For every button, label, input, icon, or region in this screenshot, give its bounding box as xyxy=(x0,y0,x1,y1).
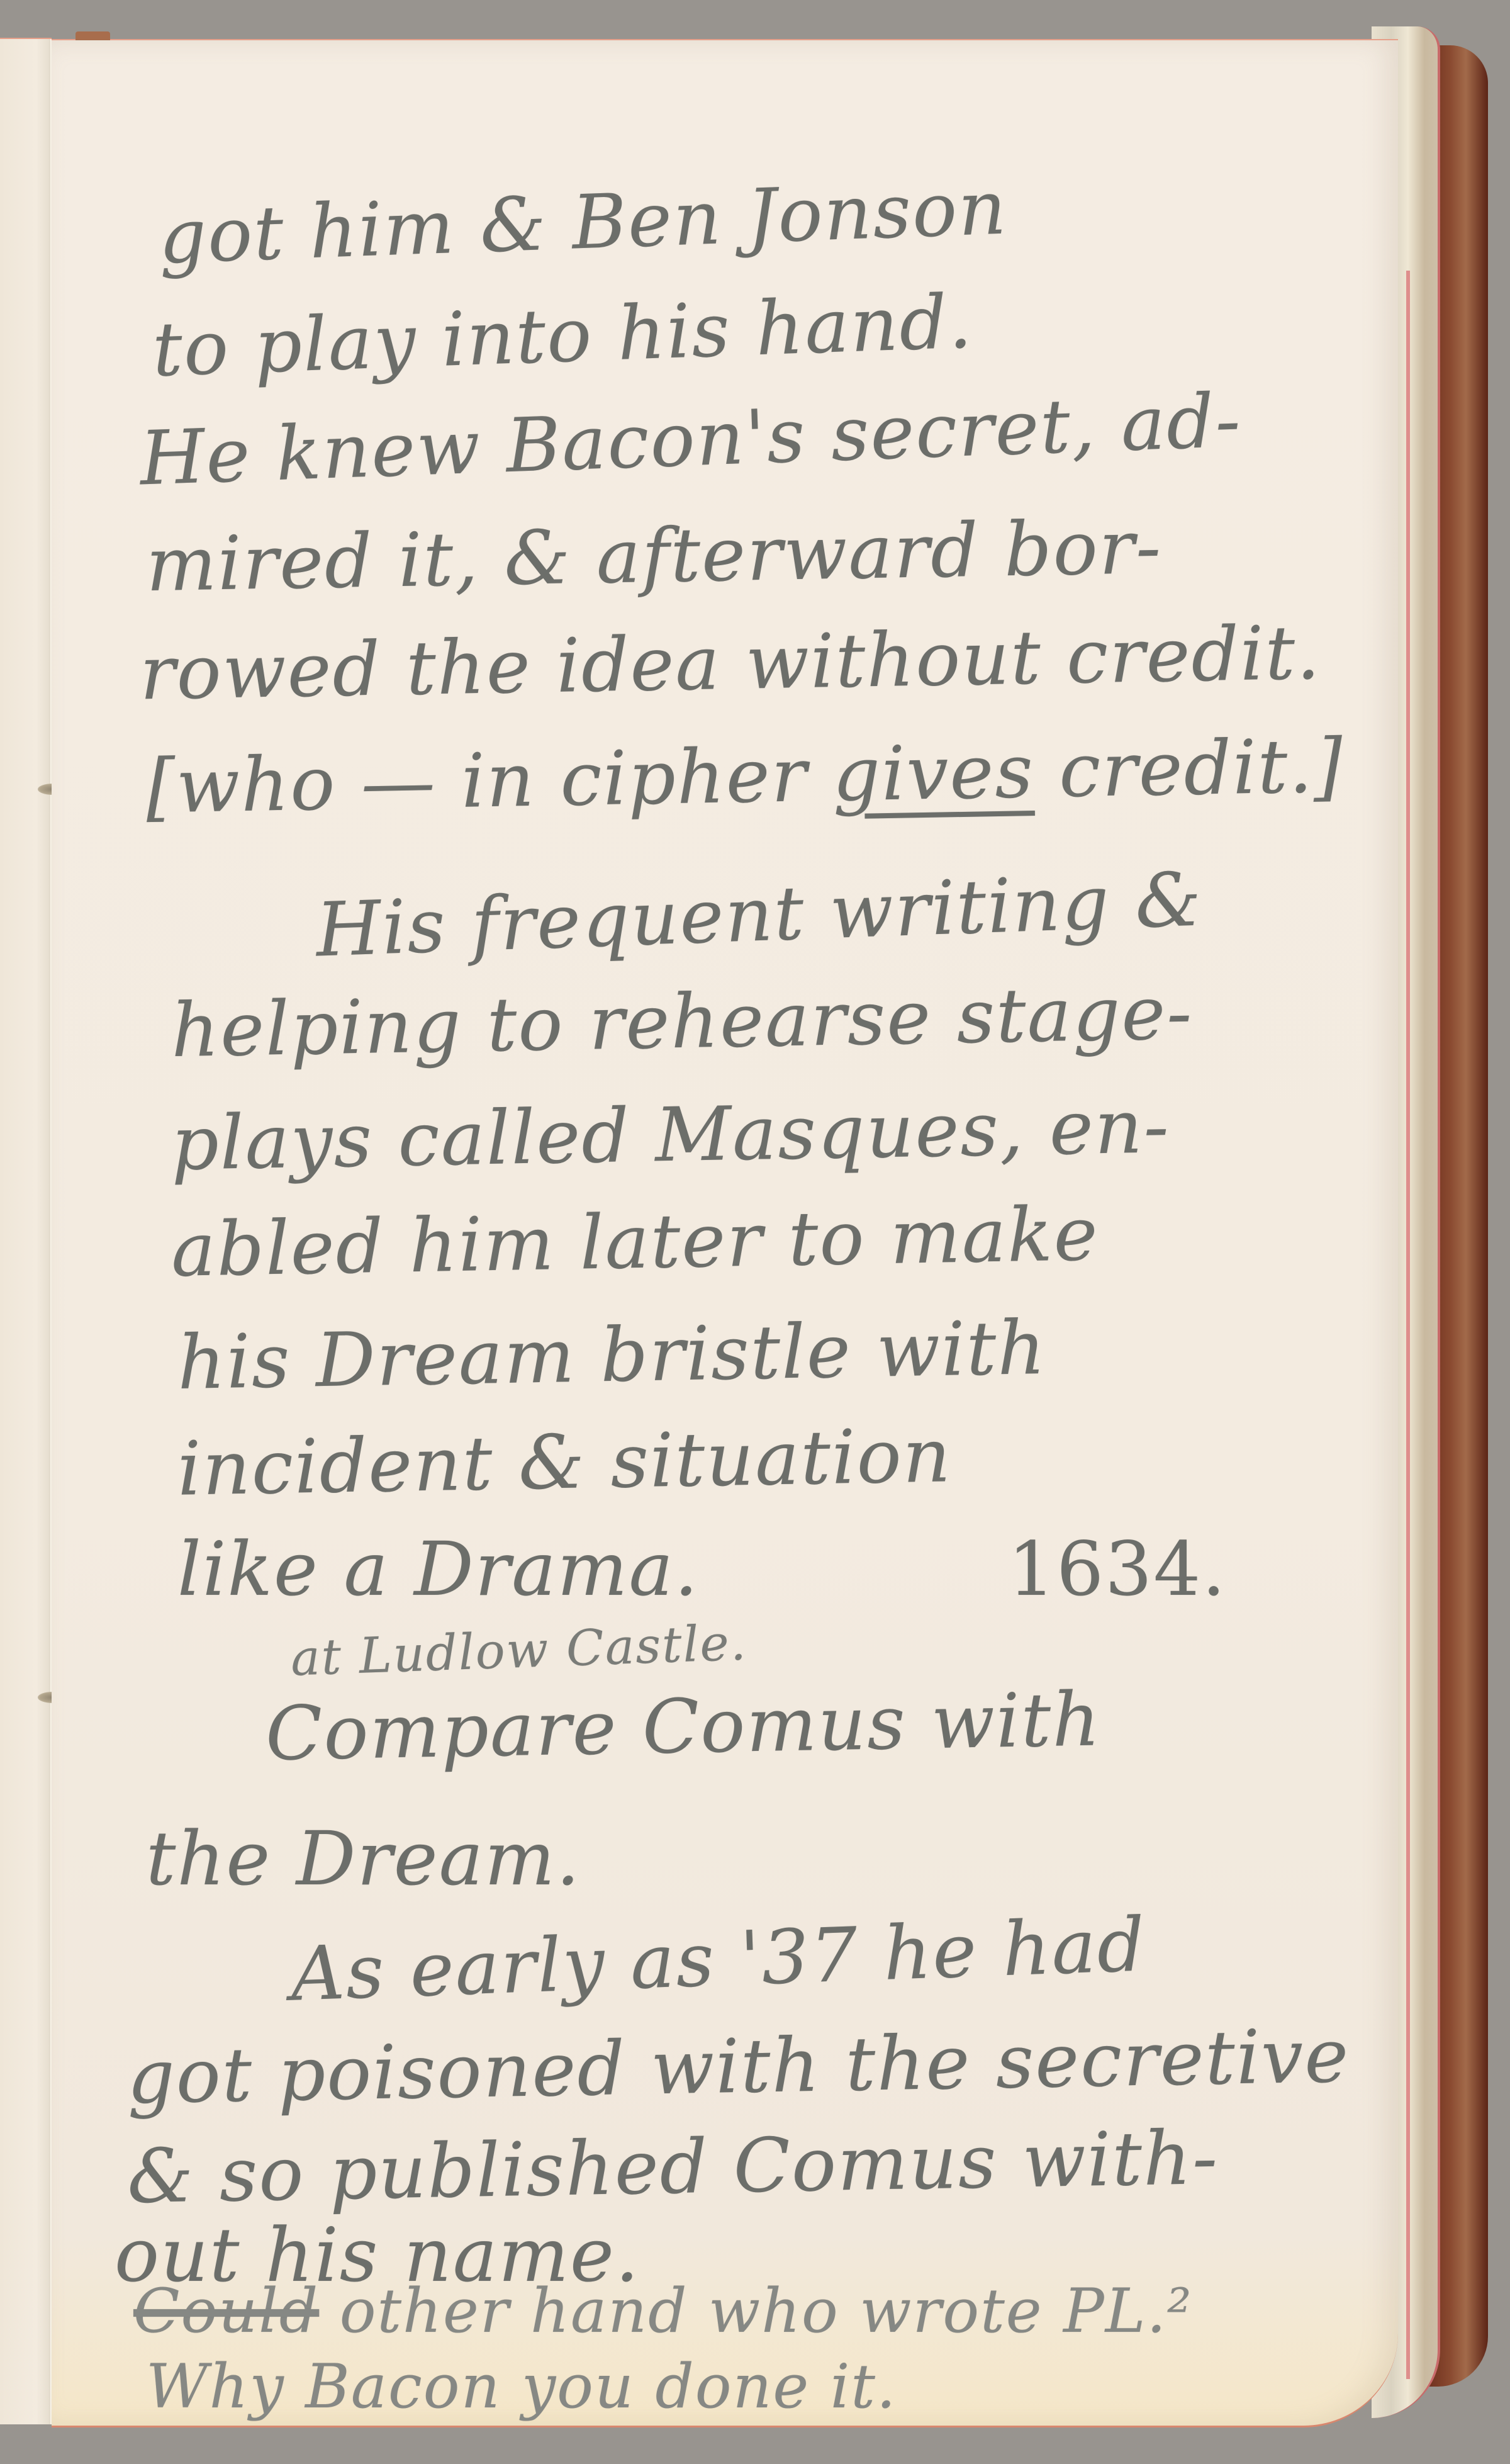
manuscript-page: got him & Ben Jonson to play into his ha… xyxy=(52,39,1398,2427)
handwritten-line: his Dream bristle with xyxy=(177,1310,1047,1400)
handwritten-line: got poisoned with the secretive xyxy=(126,2018,1350,2114)
line-text: other hand who wrote PL.² xyxy=(319,2276,1192,2346)
red-page-edge xyxy=(1406,271,1410,2379)
handwritten-line: Compare Comus with xyxy=(265,1682,1102,1770)
scanned-notebook-scene: got him & Ben Jonson to play into his ha… xyxy=(0,0,1510,2464)
handwritten-line: incident & situation xyxy=(177,1418,953,1505)
handwritten-line: He knew Bacon's secret, ad- xyxy=(138,383,1243,495)
inserted-annotation: at Ludlow Castle. xyxy=(290,1618,748,1683)
torn-paper-fragment xyxy=(75,31,110,40)
year-annotation: 1634. xyxy=(1008,1532,1227,1606)
handwritten-line: the Dream. xyxy=(146,1821,581,1896)
note-text: [who — in cipher xyxy=(145,731,834,830)
handwritten-line: plays called Masques, en- xyxy=(171,1089,1170,1181)
handwritten-line: got him & Ben Jonson xyxy=(157,170,1008,274)
note-text: credit.] xyxy=(1034,722,1345,814)
underlined-word: gives xyxy=(832,728,1035,818)
handwritten-line: to play into his hand. xyxy=(151,284,974,386)
struck-through-word: Could xyxy=(133,2276,319,2346)
handwritten-line: abled him later to make xyxy=(171,1196,1099,1287)
handwritten-line: mired it, & afterward bor- xyxy=(145,510,1163,602)
facing-left-page xyxy=(0,38,52,2424)
handwritten-line: Could other hand who wrote PL.² xyxy=(133,2281,1192,2341)
handwritten-line: helping to rehearse stage- xyxy=(171,976,1194,1067)
handwritten-line: As early as '37 he had xyxy=(289,1907,1147,2011)
handwritten-line: & so published Comus with- xyxy=(126,2120,1219,2214)
handwritten-line: Why Bacon you done it. xyxy=(146,2356,897,2417)
handwritten-line: His frequent writing & xyxy=(315,862,1204,967)
handwritten-line: rowed the idea without credit. xyxy=(139,616,1321,711)
handwritten-line: like a Drama. xyxy=(177,1532,699,1606)
bracketed-note: [who — in cipher gives credit.] xyxy=(145,728,1345,823)
